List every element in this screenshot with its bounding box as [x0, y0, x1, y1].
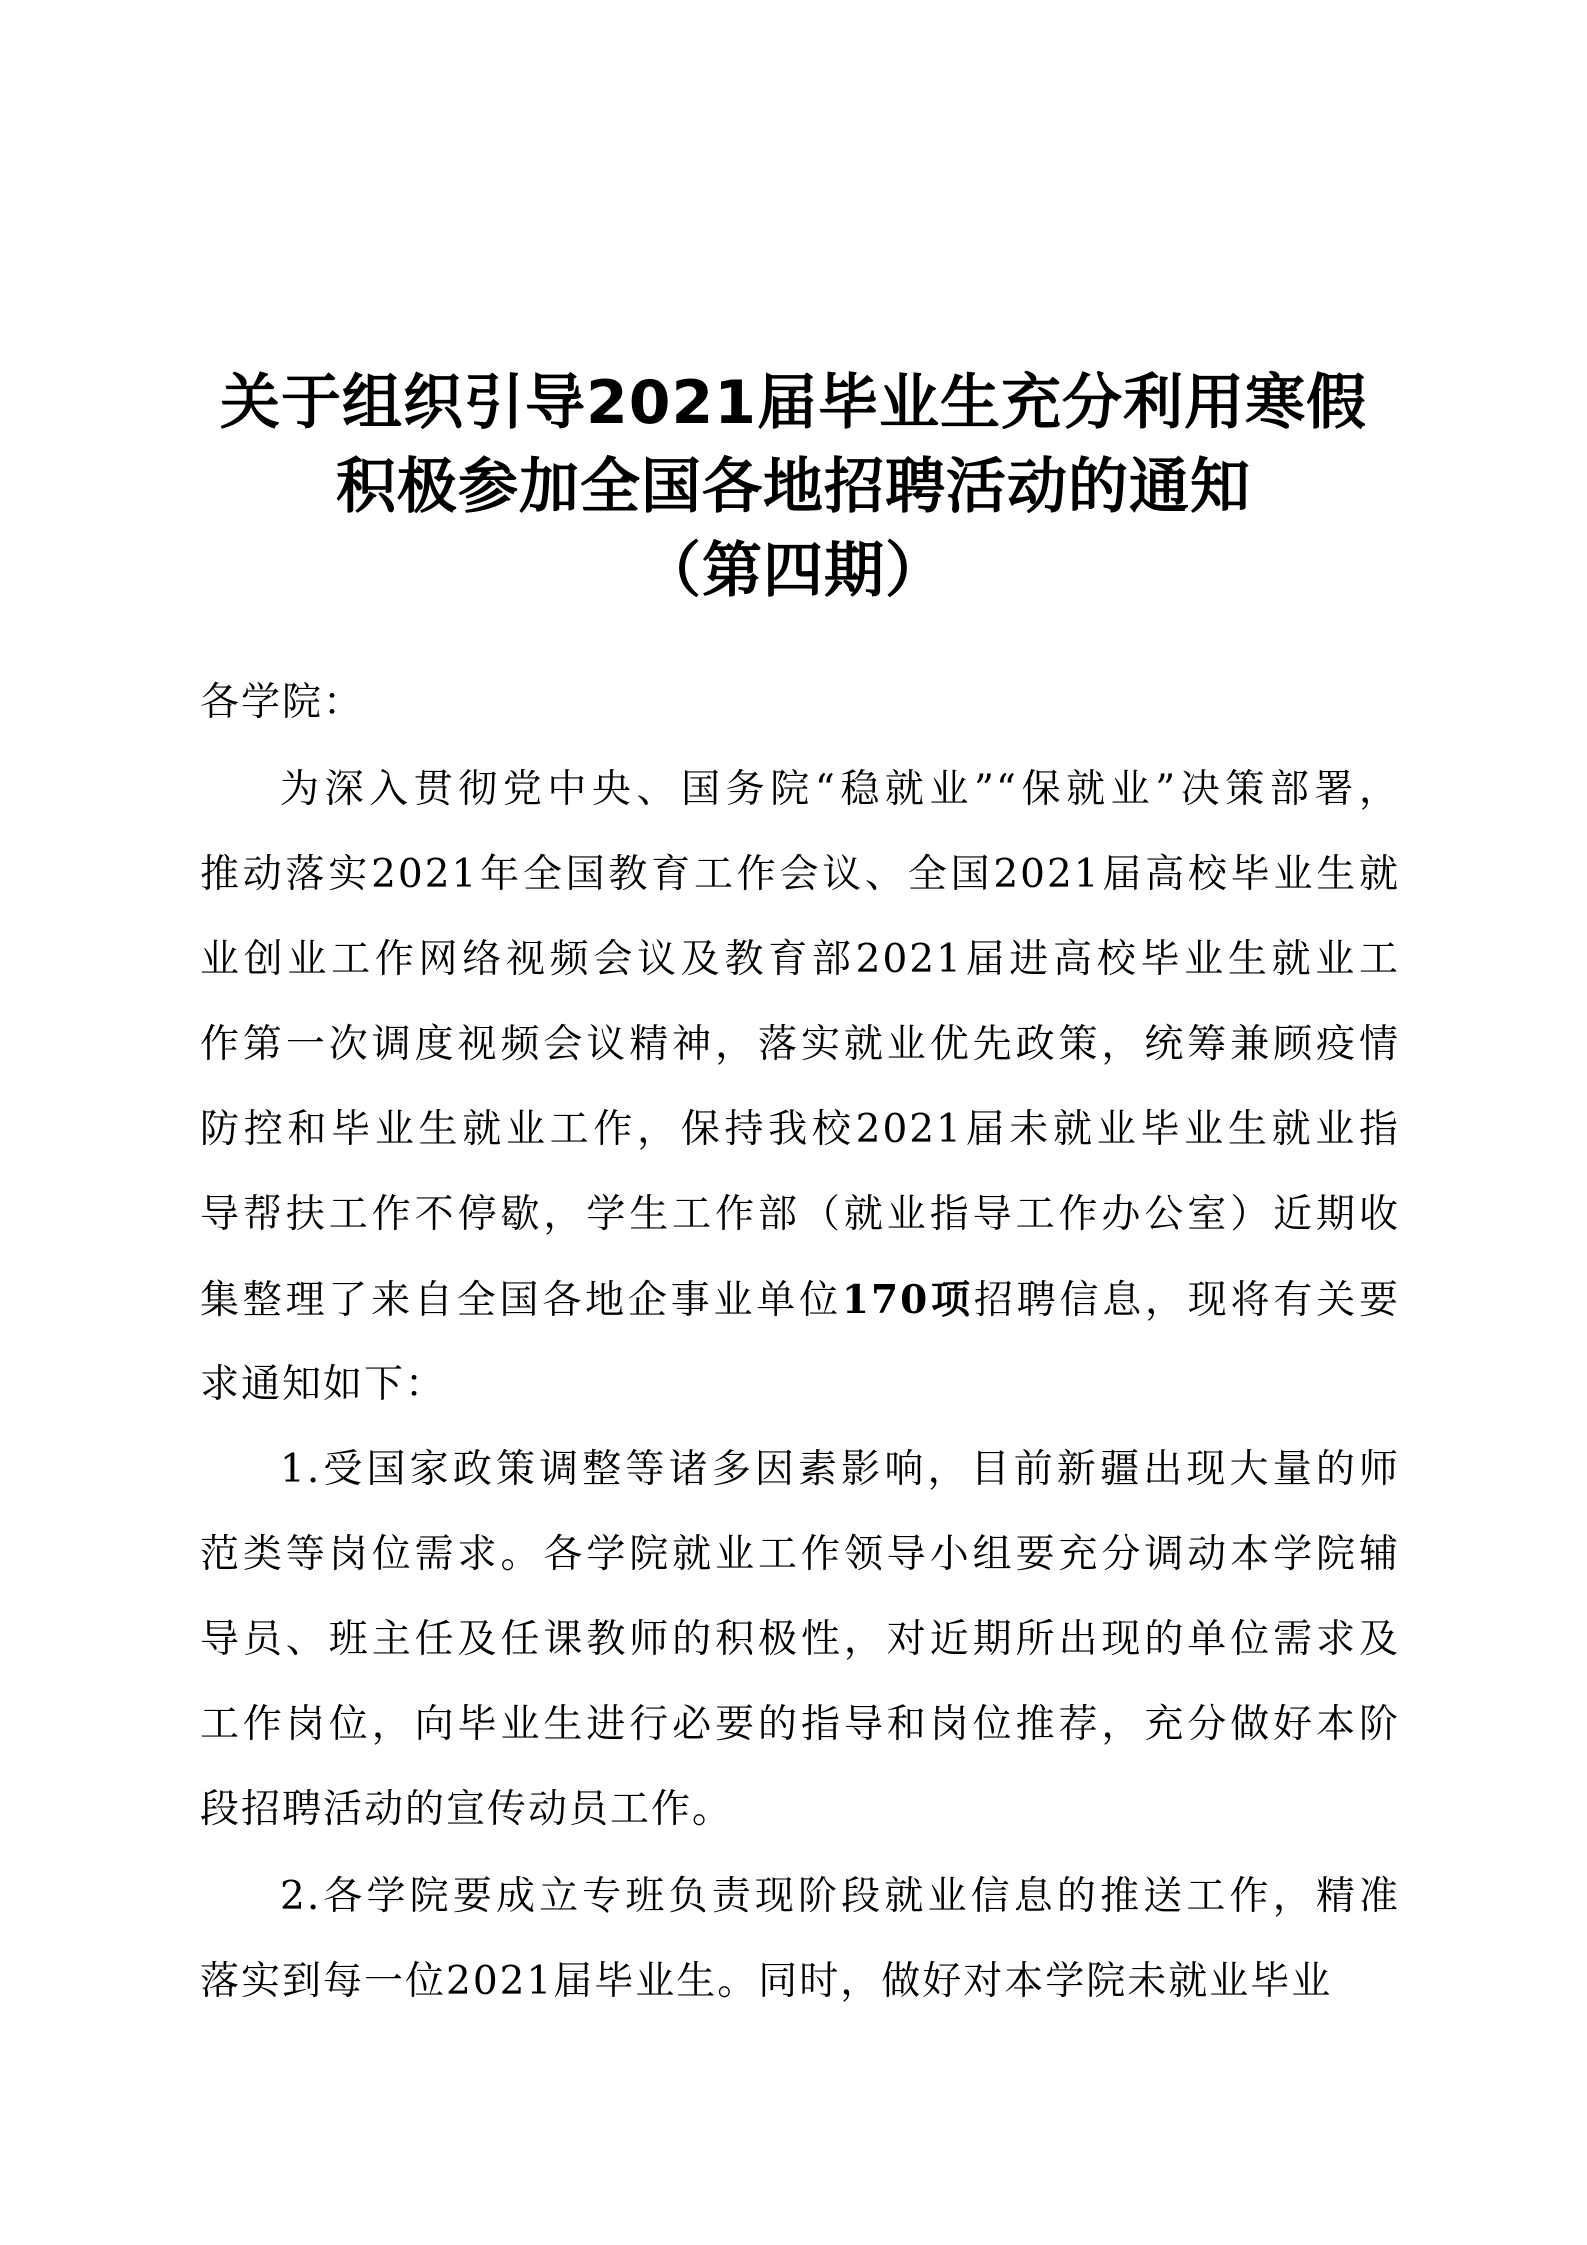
- intro-line-3: 业创业工作网络视频会议及教育部2021届进高校毕业生就业工: [200, 935, 1400, 985]
- intro-closing-line: 求通知如下：: [200, 1360, 1400, 1410]
- salutation: 各学院：: [200, 678, 1400, 728]
- intro-line-1: 为深入贯彻党中央、国务院“稳就业”“保就业”决策部署，: [200, 765, 1400, 815]
- document-subtitle-issue: （第四期）: [0, 536, 1587, 606]
- intro-text: 集整理了来自全国各地企事业单位: [200, 1278, 842, 1323]
- item-1-line-3: 导员、班主任及任课教师的积极性，对近期所出现的单位需求及: [200, 1615, 1400, 1665]
- intro-line-5: 防控和毕业生就业工作，保持我校2021届未就业毕业生就业指: [200, 1105, 1400, 1155]
- item-1-line-2: 范类等岗位需求。各学院就业工作领导小组要充分调动本学院辅: [200, 1530, 1400, 1580]
- job-count-highlight: 170项: [842, 1277, 974, 1323]
- intro-line-4: 作第一次调度视频会议精神，落实就业优先政策，统筹兼顾疫情: [200, 1020, 1400, 1070]
- intro-line-6: 导帮扶工作不停歇，学生工作部（就业指导工作办公室）近期收: [200, 1190, 1400, 1240]
- intro-text: 招聘信息，现将有关要: [974, 1278, 1400, 1323]
- document-title-line-2: 积极参加全国各地招聘活动的通知: [0, 452, 1587, 522]
- item-2-line-1: 2.各学院要成立专班负责现阶段就业信息的推送工作，精准: [200, 1872, 1400, 1922]
- item-1-line-5: 段招聘活动的宣传动员工作。: [200, 1785, 1400, 1835]
- item-1-line-1: 1.受国家政策调整等诸多因素影响，目前新疆出现大量的师: [200, 1445, 1400, 1495]
- item-1-line-4: 工作岗位，向毕业生进行必要的指导和岗位推荐，充分做好本阶: [200, 1700, 1400, 1750]
- intro-line-2: 推动落实2021年全国教育工作会议、全国2021届高校毕业生就: [200, 850, 1400, 900]
- document-title-line-1: 关于组织引导2021届毕业生充分利用寒假: [0, 368, 1587, 438]
- item-2-line-2: 落实到每一位2021届毕业生。同时，做好对本学院未就业毕业: [200, 1957, 1400, 2007]
- intro-line-7: 集整理了来自全国各地企事业单位170项招聘信息，现将有关要: [200, 1275, 1400, 1326]
